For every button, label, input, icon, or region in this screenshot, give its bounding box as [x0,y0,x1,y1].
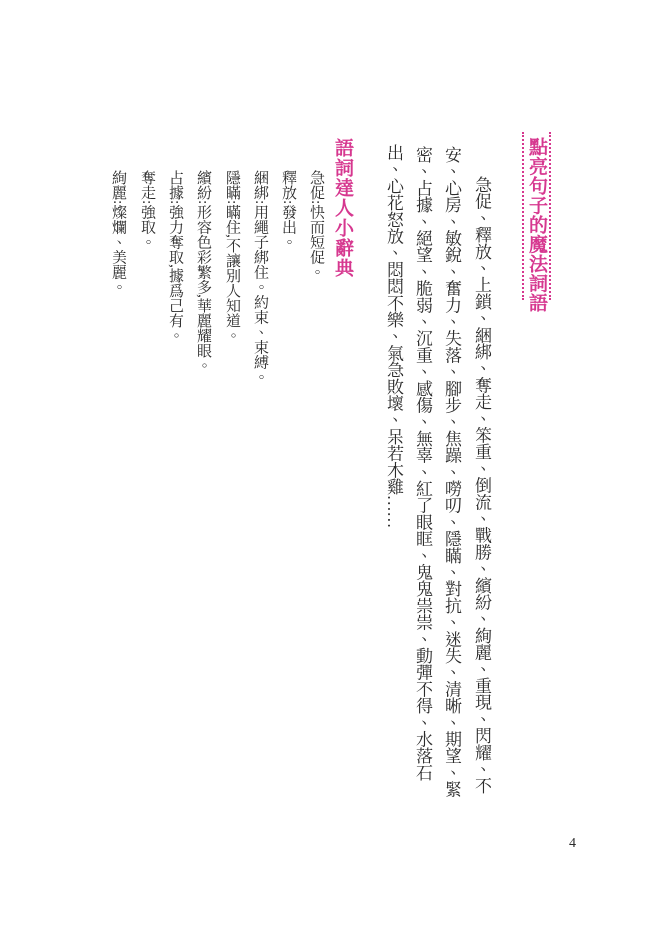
word-list-column-2: 安、心房、敏銳、奮力、失落、腳步、焦躁、嘮叨、隱瞞、對抗、迷失、清晰、期望、緊 [443,146,460,797]
word-list-column-1: 急促、釋放、上鎖、綑綁、奪走、笨重、倒流、戰勝、繽紛、絢麗、重現、閃耀、不 [473,176,490,794]
book-page: 點亮句子的魔法詞語 急促、釋放、上鎖、綑綁、奪走、笨重、倒流、戰勝、繽紛、絢麗、… [0,0,663,932]
page-number: 4 [569,836,576,852]
chapter-heading: 點亮句子的魔法詞語 [522,132,551,300]
word-list-column-3: 密、占據、絕望、脆弱、沉重、感傷、無辜、紅了眼眶、鬼鬼祟祟、動彈不得、水落石 [414,146,431,781]
dictionary-entry-duozou: 奪走:強取。 [139,170,154,249]
dictionary-heading: 語詞達人小辭典 [333,138,352,278]
dictionary-entry-binfen: 繽紛:形容色彩繁多,華麗耀眼。 [195,170,210,373]
dictionary-entry-xuanli: 絢麗:燦爛、美麗。 [110,170,125,294]
dictionary-entry-jicu: 急促:快而短促。 [308,170,323,279]
dictionary-entry-yinman: 隱瞞:瞞住,不讓別人知道。 [224,170,239,343]
dictionary-entry-shifang: 釋放:發出。 [280,170,295,249]
dictionary-entry-kunbang: 綑綁:用繩子綁住。約束、束縛。 [252,170,267,384]
word-list-column-4: 出、心花怒放、悶悶不樂、氣急敗壞、呆若木雞…… [385,144,402,528]
dictionary-entry-zhanju: 占據:強力奪取,據爲己有。 [167,170,182,343]
